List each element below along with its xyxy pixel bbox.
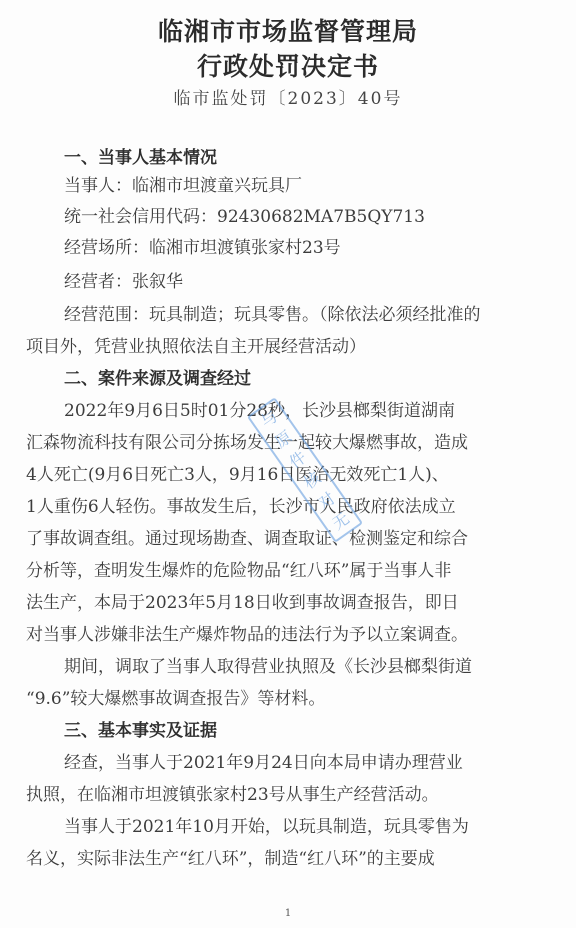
case-text-line: 了事故调查组。通过现场勘查、调查取证、检测鉴定和综合 <box>0 529 576 549</box>
case-text-line: 4人死亡(9月6日死亡3人，9月16日医治无效死亡1人)、 <box>0 465 576 485</box>
section-heading-facts: 三、基本事实及证据 <box>0 721 576 741</box>
business-scope-line1: 经营范围：玩具制造；玩具零售。（除依法必须经批准的 <box>0 305 576 325</box>
case-text-line: 2022年9月6日5时01分28秒，长沙县榔梨街道湖南 <box>0 401 576 421</box>
credit-code: 统一社会信用代码：92430682MA7B5QY713 <box>0 207 576 227</box>
case-text-line: 汇森物流科技有限公司分拣场发生一起较大爆燃事故，造成 <box>0 433 576 453</box>
case-text-line: 1人重伤6人轻伤。事故发生后，长沙市人民政府依法成立 <box>0 497 576 517</box>
document-page: 临湘市市场监督管理局 行政处罚决定书 临市监处罚〔2023〕40号 一、当事人基… <box>0 0 576 928</box>
materials-line2: “9.6”较大爆燃事故调查报告》等材料。 <box>0 689 576 709</box>
case-text-line: 法生产，本局于2023年5月18日收到事故调查报告，即日 <box>0 593 576 613</box>
party-name: 当事人：临湘市坦渡童兴玩具厂 <box>0 176 576 196</box>
operator-name: 经营者：张叙华 <box>0 272 576 292</box>
facts-para2-line2: 名义，实际非法生产“红八环”，制造“红八环”的主要成 <box>0 849 576 869</box>
section-heading-case-source: 二、案件来源及调查经过 <box>0 369 576 389</box>
business-scope-line2: 项目外，凭营业执照依法自主开展经营活动） <box>0 337 576 357</box>
facts-para2-line1: 当事人于2021年10月开始，以玩具制造，玩具零售为 <box>0 817 576 837</box>
facts-para1-line2: 执照，在临湘市坦渡镇张家村23号从事生产经营活动。 <box>0 785 576 805</box>
section-heading-party-info: 一、当事人基本情况 <box>0 148 576 168</box>
page-number: 1 <box>0 908 576 919</box>
materials-line1: 期间，调取了当事人取得营业执照及《长沙县榔梨街道 <box>0 657 576 677</box>
document-type-title: 行政处罚决定书 <box>0 47 576 83</box>
case-text-line: 对当事人涉嫌非法生产爆炸物品的违法行为予以立案调查。 <box>0 625 576 645</box>
agency-title: 临湘市市场监督管理局 <box>0 12 576 48</box>
facts-para1-line1: 经查，当事人于2021年9月24日向本局申请办理营业 <box>0 753 576 773</box>
document-number: 临市监处罚〔2023〕40号 <box>0 84 576 109</box>
case-text-line: 分析等，查明发生爆炸的危险物品“红八环”属于当事人非 <box>0 561 576 581</box>
business-location: 经营场所：临湘市坦渡镇张家村23号 <box>0 238 576 258</box>
